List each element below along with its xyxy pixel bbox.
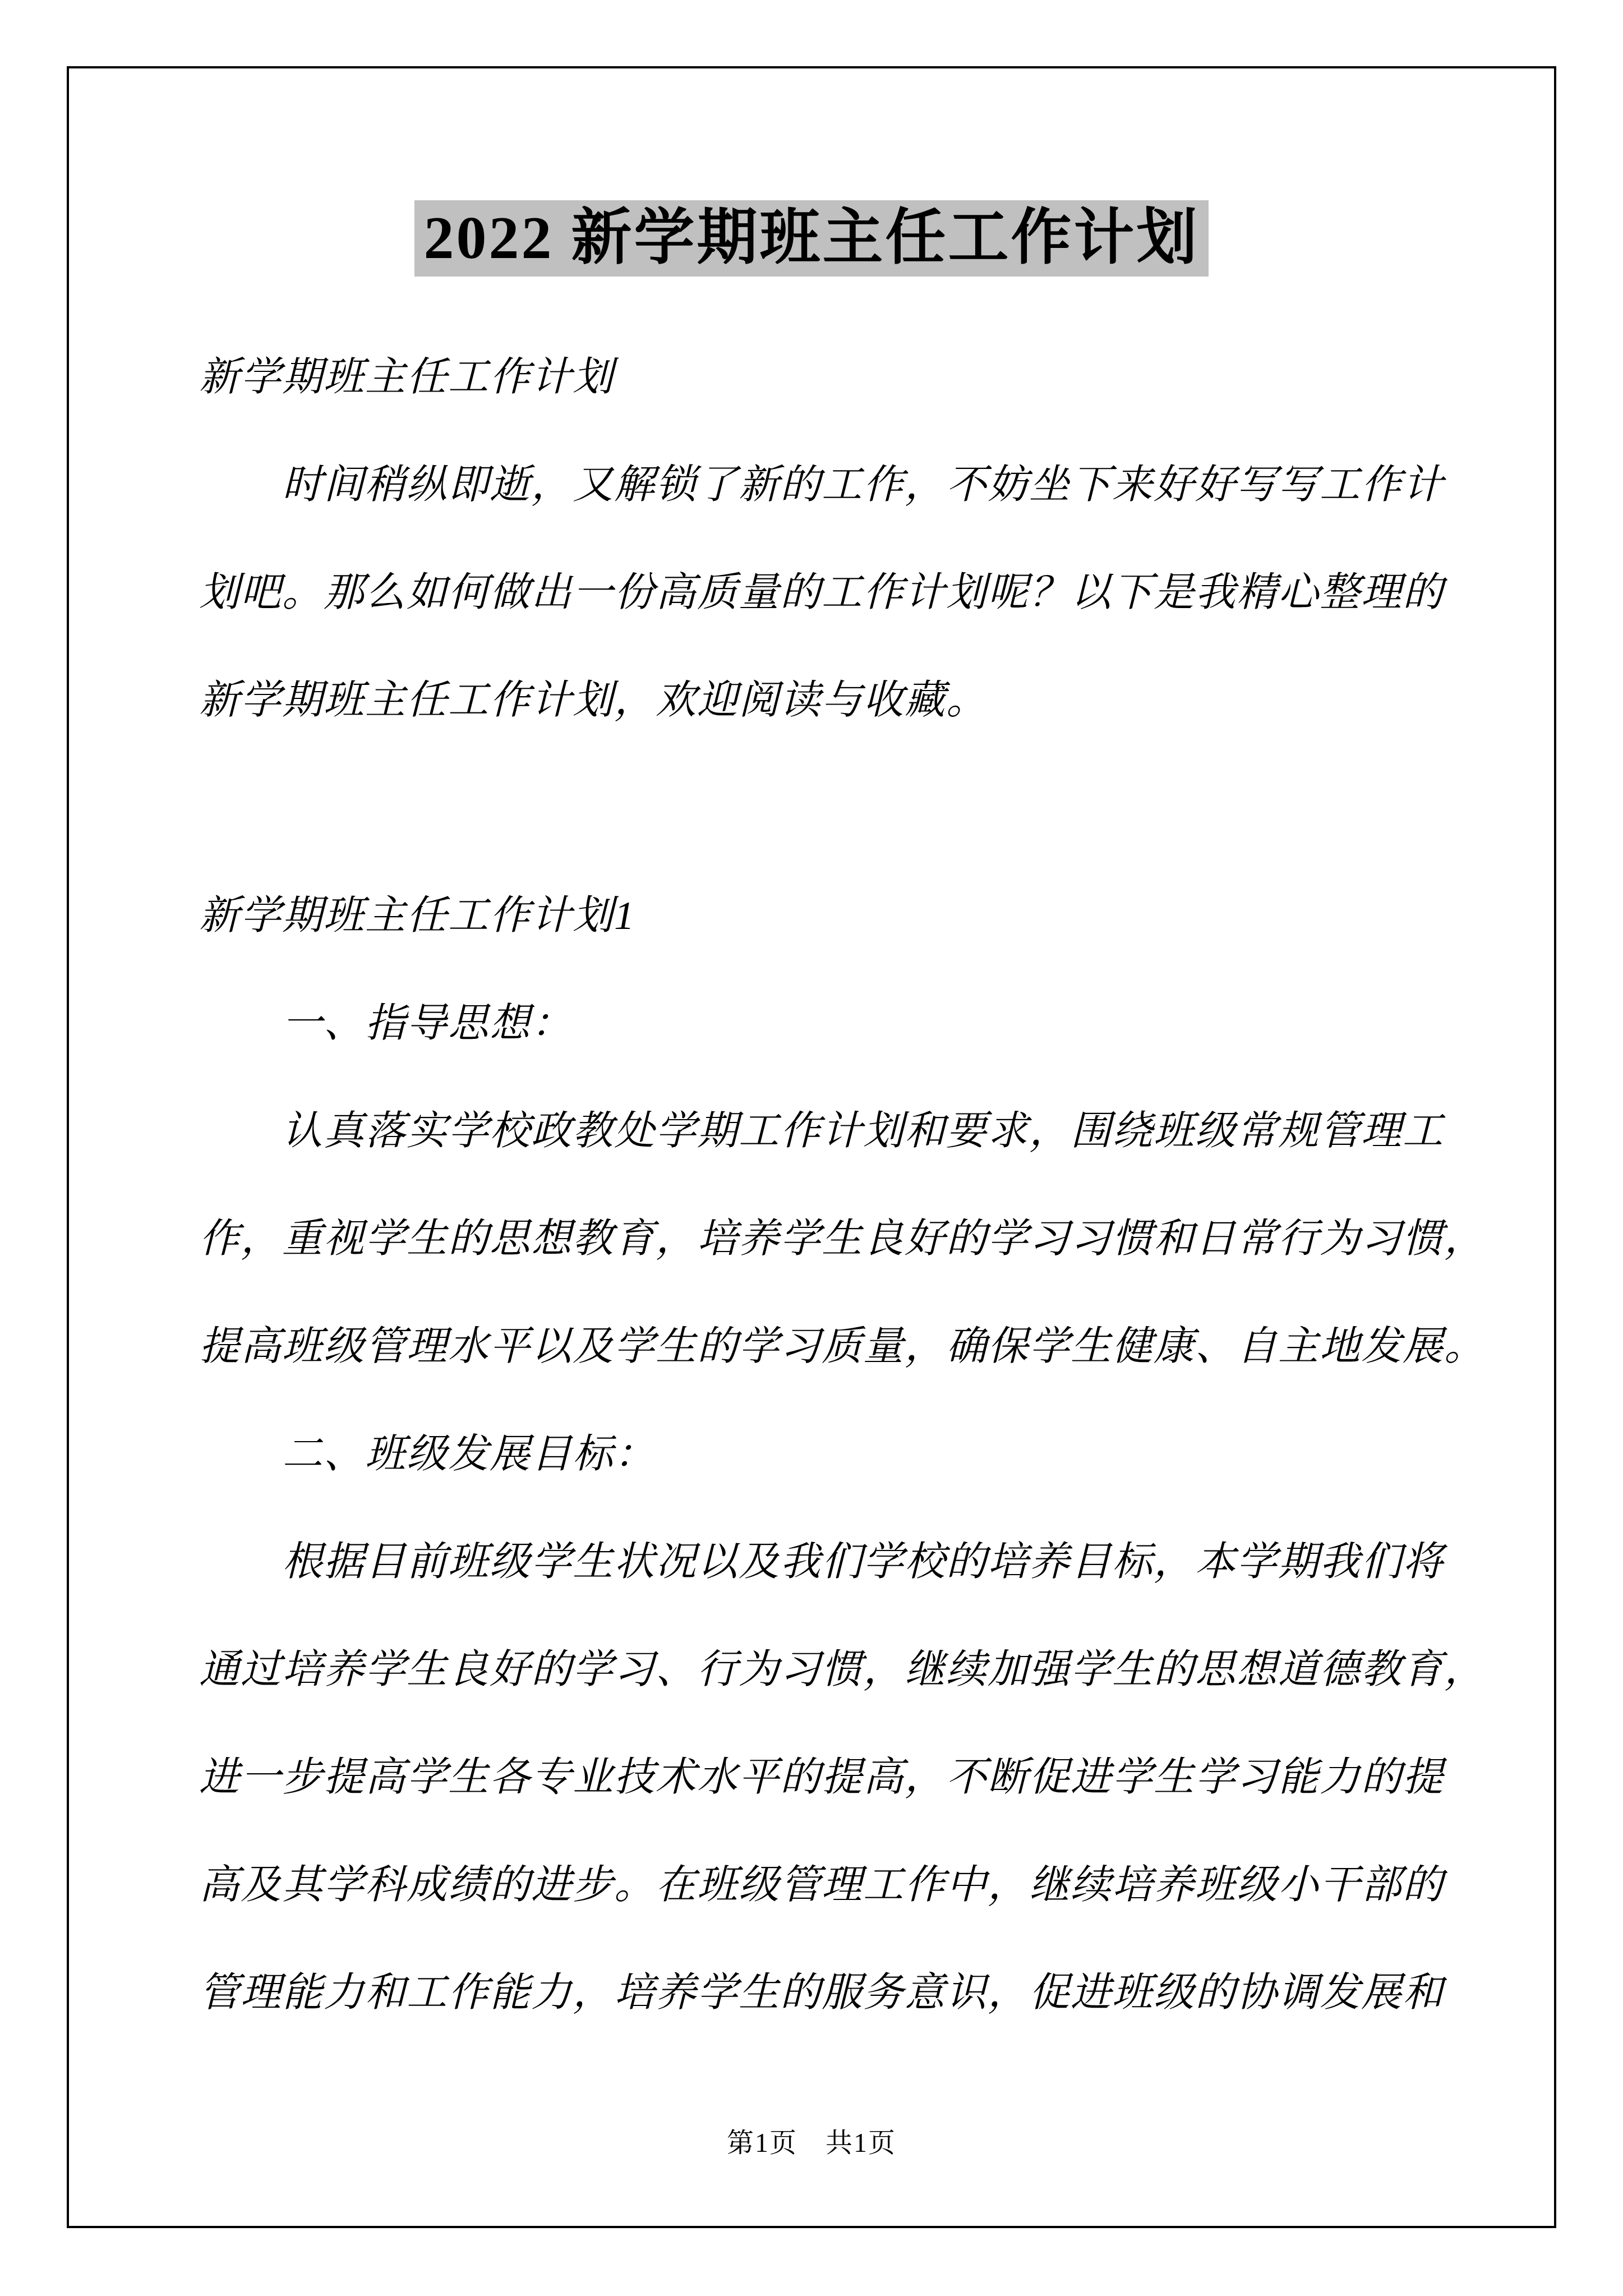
body-line: 通过培养学生良好的学习、行为习惯，继续加强学生的思想道德教育， [199, 1616, 1489, 1723]
body-line: 划吧。那么如何做出一份高质量的工作计划呢？以下是我精心整理的 [199, 539, 1489, 646]
body-line: 作，重视学生的思想教育，培养学生良好的学习习惯和日常行为习惯， [199, 1185, 1489, 1292]
body-line: 提高班级管理水平以及学生的学习质量，确保学生健康、自主地发展。 [199, 1292, 1489, 1400]
body-line: 新学期班主任工作计划，欢迎阅读与收藏。 [199, 646, 1489, 754]
document-title: 2022 新学期班主任工作计划 [414, 200, 1208, 277]
body-line: 高及其学科成绩的进步。在班级管理工作中，继续培养班级小干部的 [199, 1831, 1489, 1939]
document-title-row: 2022 新学期班主任工作计划 [0, 200, 1623, 277]
page-footer: 第1页 共1页 [0, 2128, 1623, 2159]
body-line: 时间稍纵即逝，又解锁了新的工作，不妨坐下来好好写写工作计 [199, 431, 1489, 539]
body-line: 进一步提高学生各专业技术水平的提高，不断促进学生学习能力的提 [199, 1723, 1489, 1831]
body-line: 新学期班主任工作计划1 [199, 862, 1489, 969]
body-line: 新学期班主任工作计划 [199, 323, 1489, 431]
body-line: 根据目前班级学生状况以及我们学校的培养目标，本学期我们将 [199, 1508, 1489, 1616]
document-body: 新学期班主任工作计划时间稍纵即逝，又解锁了新的工作，不妨坐下来好好写写工作计划吧… [199, 323, 1489, 2046]
body-line: 二、班级发展目标： [199, 1400, 1489, 1508]
document-page: { "colors": { "title_highlight": "#c0c0c… [0, 0, 1623, 2296]
body-line: 认真落实学校政教处学期工作计划和要求，围绕班级常规管理工 [199, 1077, 1489, 1185]
body-line: 一、指导思想： [199, 969, 1489, 1077]
body-line [199, 754, 1489, 862]
body-line: 管理能力和工作能力，培养学生的服务意识，促进班级的协调发展和 [199, 1939, 1489, 2046]
